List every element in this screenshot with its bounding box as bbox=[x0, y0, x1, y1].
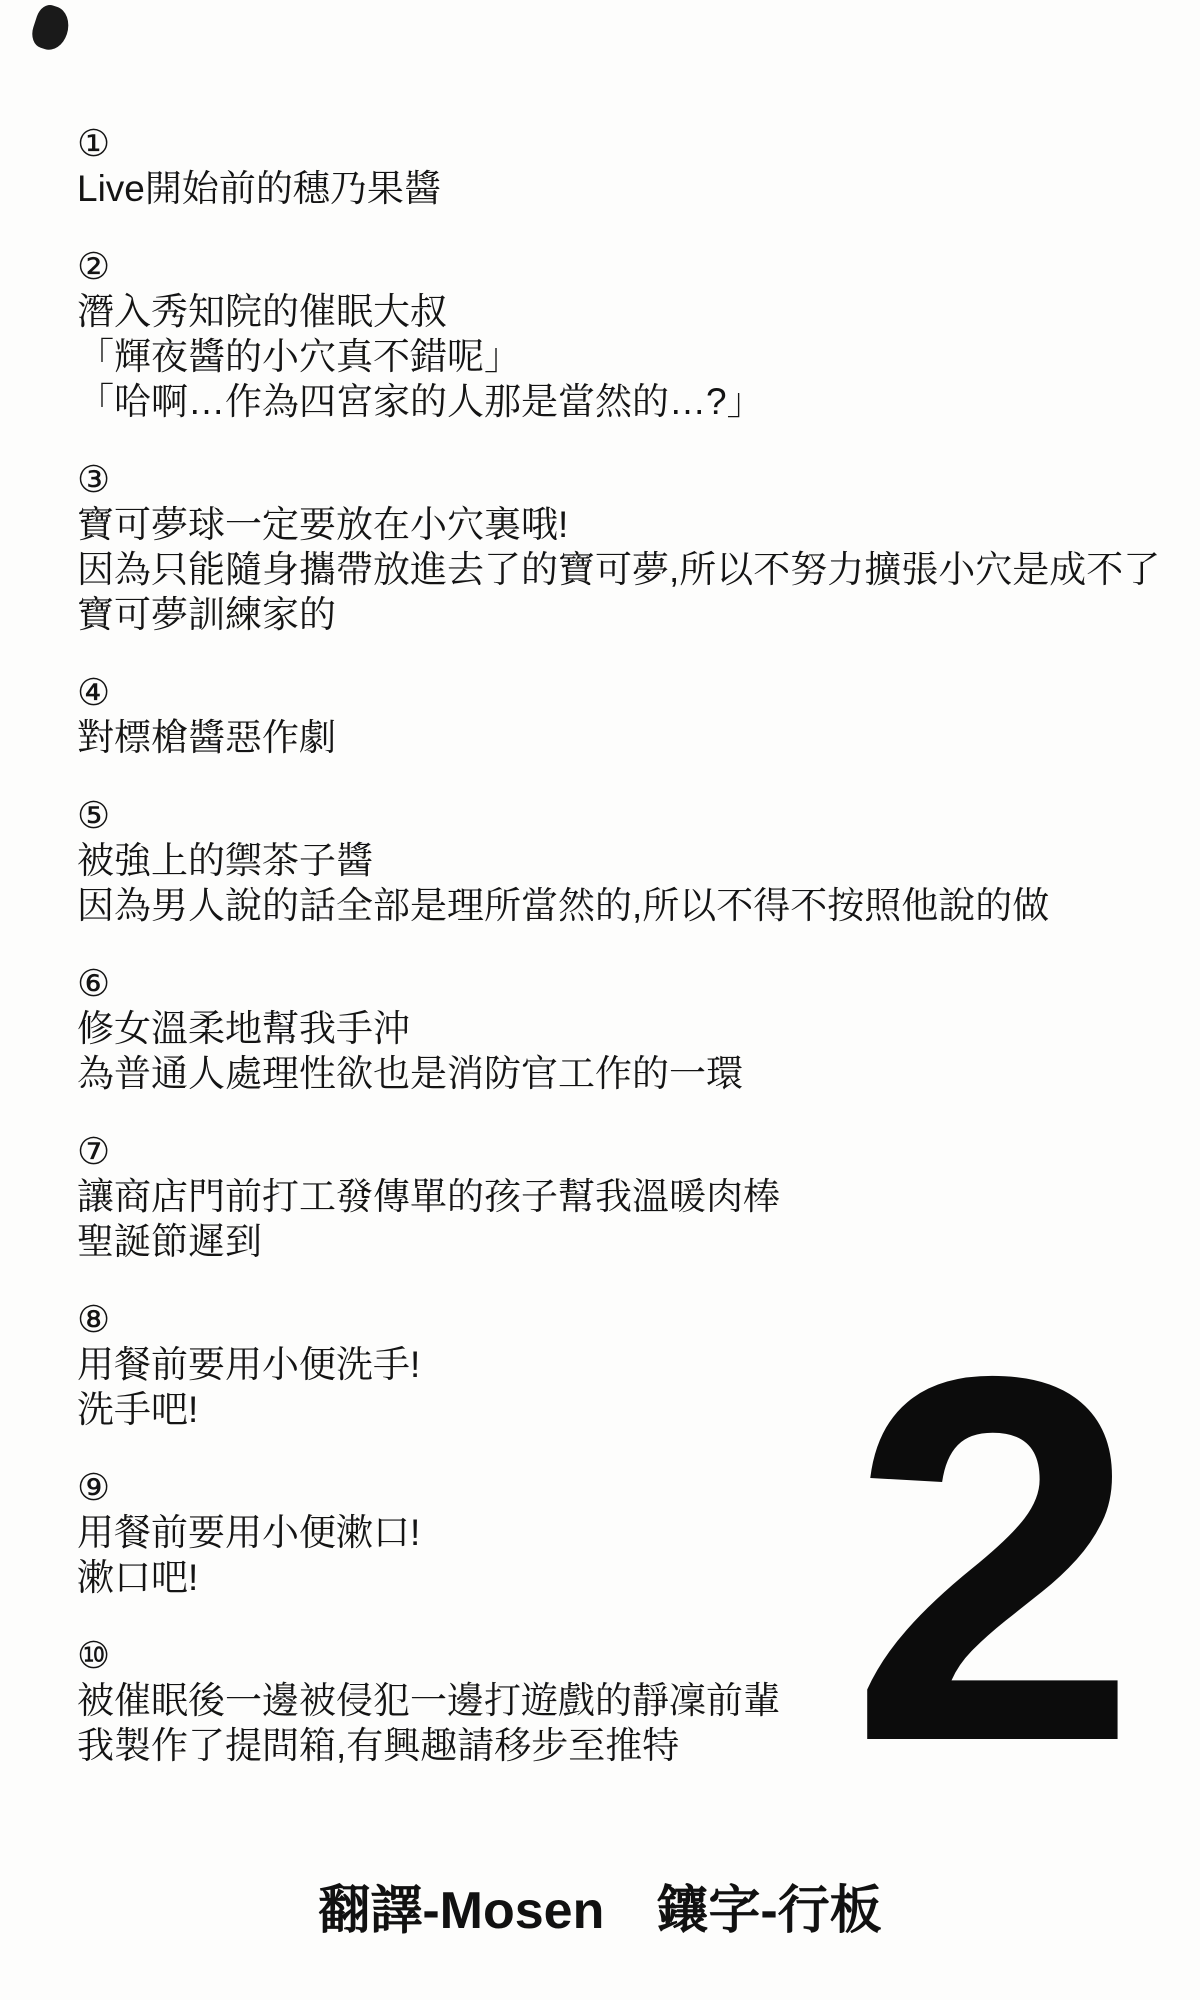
list-item: ⑥ 修女溫柔地幫我手沖 為普通人處理性欲也是消防官工作的一環 bbox=[77, 961, 1180, 1096]
document-page: ① Live開始前的穗乃果醬 ② 潛入秀知院的催眠大叔 「輝夜醬的小穴真不錯呢」… bbox=[0, 0, 1200, 2000]
list-item: ④ 對標槍醬惡作劇 bbox=[77, 670, 1180, 760]
list-item: ⑤ 被強上的禦茶子醬 因為男人說的話全部是理所當然的,所以不得不按照他說的做 bbox=[77, 793, 1180, 928]
item-number: ⑥ bbox=[77, 961, 1180, 1006]
item-number: ⑦ bbox=[77, 1129, 1180, 1174]
item-line: 修女溫柔地幫我手沖 bbox=[77, 1006, 1180, 1051]
item-line: 聖誕節遲到 bbox=[77, 1219, 1180, 1264]
item-line: 被強上的禦茶子醬 bbox=[77, 838, 1180, 883]
item-line: 因為只能隨身攜帶放進去了的寶可夢,所以不努力擴張小穴是成不了 bbox=[77, 547, 1180, 592]
item-line: Live開始前的穗乃果醬 bbox=[77, 166, 1180, 211]
item-line: 因為男人說的話全部是理所當然的,所以不得不按照他說的做 bbox=[77, 883, 1180, 928]
item-number: ⑤ bbox=[77, 793, 1180, 838]
item-number: ③ bbox=[77, 457, 1180, 502]
item-number: ② bbox=[77, 244, 1180, 289]
item-line: 「輝夜醬的小穴真不錯呢」 bbox=[77, 334, 1180, 379]
item-number: ① bbox=[77, 121, 1180, 166]
page-number: 2 bbox=[849, 1300, 1128, 1820]
list-item: ⑦ 讓商店門前打工發傳單的孩子幫我溫暖肉棒 聖誕節遲到 bbox=[77, 1129, 1180, 1264]
item-line: 寶可夢球一定要放在小穴裏哦! bbox=[77, 502, 1180, 547]
item-number: ④ bbox=[77, 670, 1180, 715]
list-item: ③ 寶可夢球一定要放在小穴裏哦! 因為只能隨身攜帶放進去了的寶可夢,所以不努力擴… bbox=[77, 457, 1180, 637]
list-item: ② 潛入秀知院的催眠大叔 「輝夜醬的小穴真不錯呢」 「哈啊…作為四宮家的人那是當… bbox=[77, 244, 1180, 424]
item-line: 寶可夢訓練家的 bbox=[77, 592, 1180, 637]
item-line: 為普通人處理性欲也是消防官工作的一環 bbox=[77, 1051, 1180, 1096]
item-line: 讓商店門前打工發傳單的孩子幫我溫暖肉棒 bbox=[77, 1174, 1180, 1219]
credits-footer: 翻譯-Mosen 鑲字-行板 bbox=[0, 1868, 1200, 1943]
item-line: 對標槍醬惡作劇 bbox=[77, 715, 1180, 760]
list-item: ① Live開始前的穗乃果醬 bbox=[77, 121, 1180, 211]
item-line: 「哈啊…作為四宮家的人那是當然的…?」 bbox=[77, 379, 1180, 424]
item-line: 潛入秀知院的催眠大叔 bbox=[77, 289, 1180, 334]
scan-artifact bbox=[28, 2, 74, 54]
